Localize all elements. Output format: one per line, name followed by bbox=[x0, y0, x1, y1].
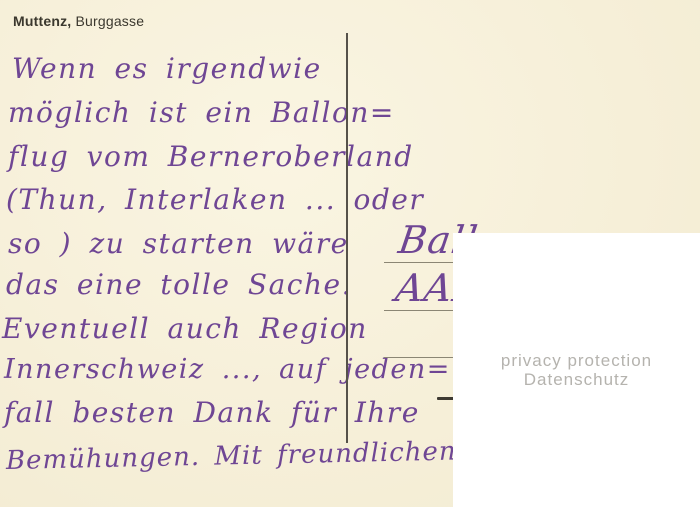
postcard-caption: Muttenz, Burggasse bbox=[13, 13, 144, 29]
privacy-overlay-text-de: Datenschutz bbox=[524, 370, 630, 389]
caption-street: Burggasse bbox=[71, 13, 144, 29]
postcard-divider-line bbox=[346, 33, 348, 443]
message-line: das eine tolle Sache. bbox=[6, 268, 352, 301]
message-line: (Thun, Interlaken ... oder bbox=[6, 183, 424, 216]
message-line: Innerschweiz ..., auf jeden= bbox=[4, 354, 451, 385]
message-line: Wenn es irgendwie bbox=[12, 52, 322, 85]
message-line: so ) zu starten wäre bbox=[8, 227, 349, 260]
message-line: möglich ist ein Ballon= bbox=[8, 96, 395, 129]
privacy-overlay-box: privacy protection Datenschutz bbox=[453, 233, 700, 507]
privacy-overlay-text-en: privacy protection bbox=[501, 351, 652, 370]
message-line: flug vom Berneroberland bbox=[8, 140, 414, 173]
caption-place: Muttenz, bbox=[13, 13, 71, 29]
postcard-back-scan: Muttenz, Burggasse Wenn es irgendwie mög… bbox=[0, 0, 700, 507]
message-line: Eventuell auch Region bbox=[2, 312, 368, 345]
message-line: fall besten Dank für Ihre bbox=[4, 396, 420, 429]
